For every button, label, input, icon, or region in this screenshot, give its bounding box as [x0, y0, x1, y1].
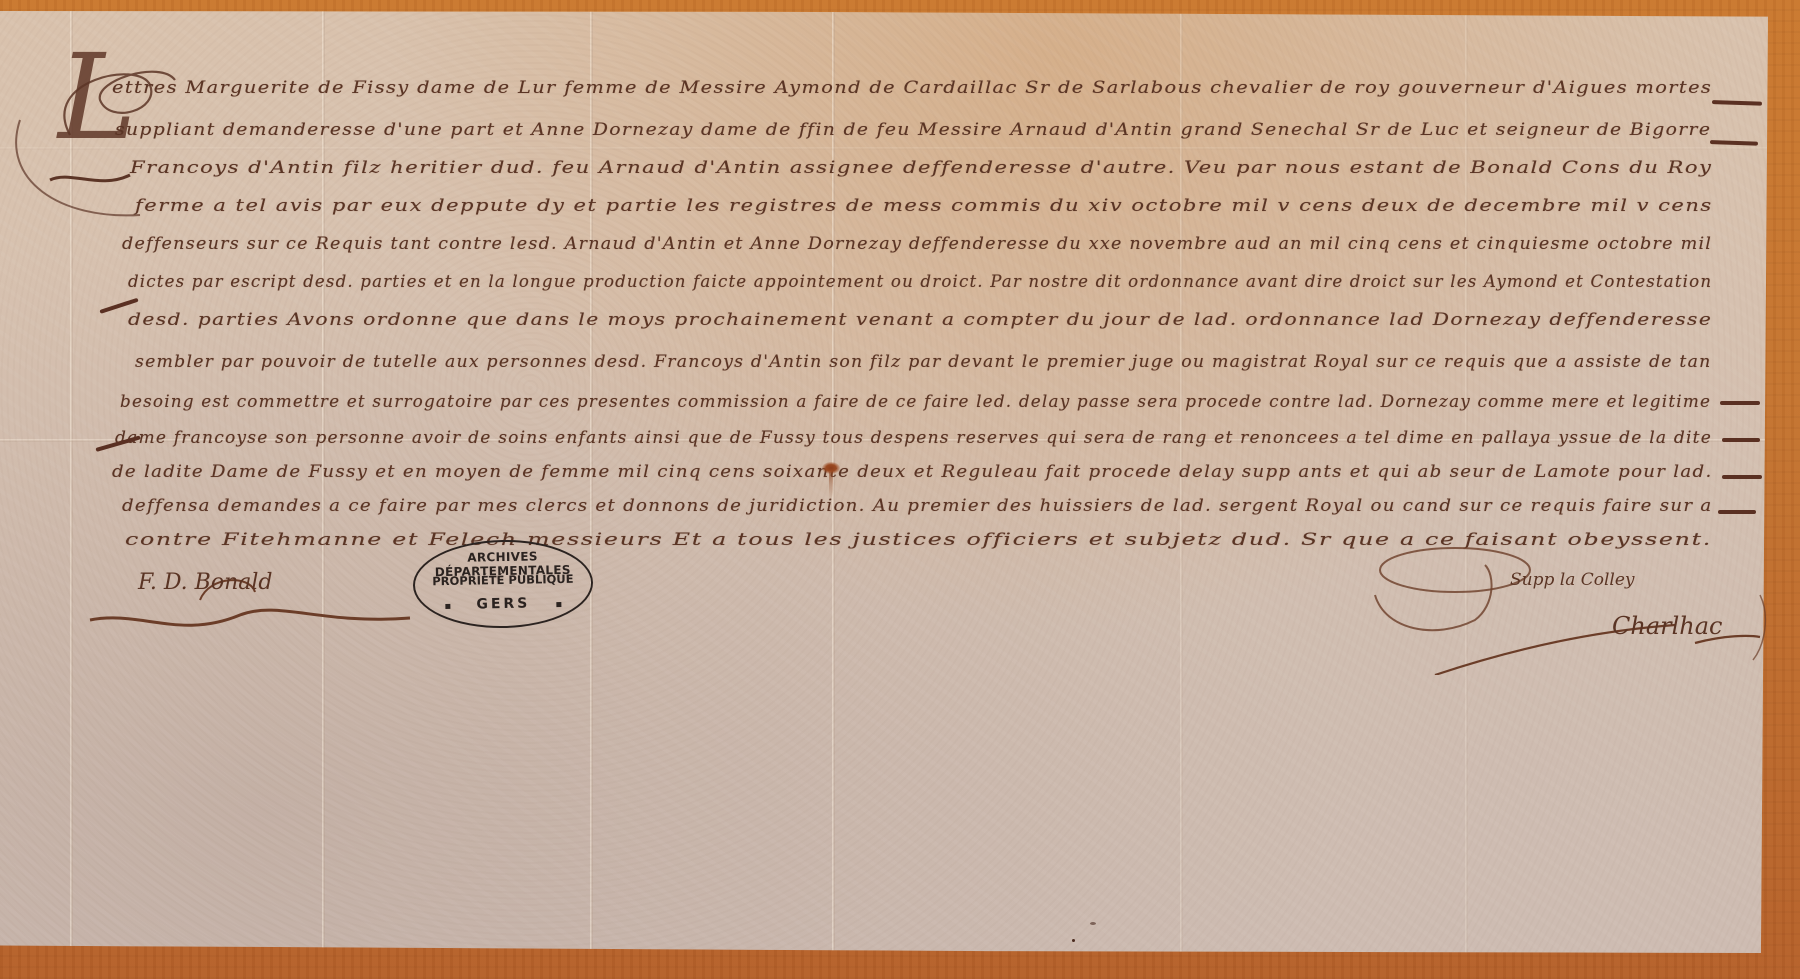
manuscript-line: Francoys d'Antin filz heritier dud. feu … — [130, 158, 1712, 178]
manuscript-line: deffenseurs sur ce Requis tant contre le… — [122, 234, 1712, 254]
pen-stroke — [1720, 401, 1760, 405]
manuscript-line: de ladite Dame de Fussy et en moyen de f… — [112, 462, 1713, 482]
manuscript-line: deffensa demandes a ce faire par mes cle… — [122, 496, 1713, 516]
stamp-dot — [556, 602, 561, 607]
pen-stroke — [1722, 438, 1760, 442]
manuscript-line: ettres Marguerite de Fissy dame de Lur f… — [112, 78, 1712, 98]
signature-flourish-right — [1365, 535, 1785, 675]
manuscript-line: dictes par escript desd. parties et en l… — [128, 272, 1712, 292]
stamp-line-department: GERS — [415, 594, 591, 613]
manuscript-line: suppliant demanderesse d'une part et Ann… — [115, 120, 1711, 140]
stamp-dot — [445, 604, 450, 609]
manuscript-line: dame francoyse son personne avoir de soi… — [115, 428, 1712, 448]
fold-line-vertical — [322, 11, 325, 953]
fold-line-horizontal — [0, 147, 1768, 150]
rust-stain-trail — [829, 472, 833, 498]
manuscript-line: sembler par pouvoir de tutelle aux perso… — [135, 352, 1711, 372]
signature-right-name: Charlhac — [1612, 612, 1722, 640]
manuscript-line: desd. parties Avons ordonne que dans le … — [128, 310, 1712, 330]
ink-speck — [1072, 939, 1075, 942]
pen-stroke — [1722, 475, 1762, 479]
manuscript-line: besoing est commettre et surrogatoire pa… — [120, 392, 1711, 412]
fold-line-vertical — [1180, 11, 1183, 953]
ink-speck — [1090, 922, 1096, 925]
signature-left: F. D. Bonald — [138, 570, 272, 595]
fold-line-vertical — [590, 11, 593, 953]
parchment-sheet — [0, 11, 1768, 953]
fold-line-vertical — [1465, 11, 1468, 953]
manuscript-line: ferme a tel avis par eux deppute dy et p… — [135, 196, 1713, 216]
signature-right-prefix: Supp la Colley — [1510, 570, 1635, 590]
stamp-line-property: PROPRIÉTÉ PUBLIQUE — [415, 571, 591, 588]
pen-stroke — [1718, 510, 1756, 514]
